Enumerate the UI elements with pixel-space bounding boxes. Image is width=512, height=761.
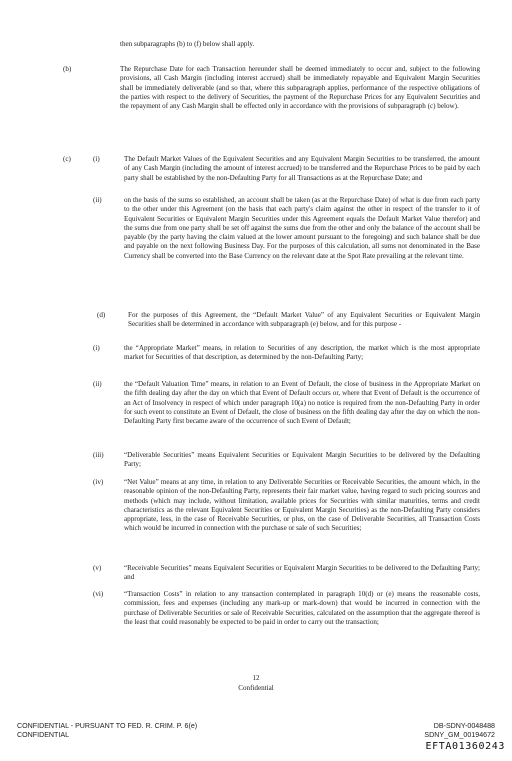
para-d-iv-text: “Net Value” means at any time, in relati… bbox=[124, 478, 480, 534]
para-c-label: (c) bbox=[63, 155, 71, 164]
para-d-vi-label: (vi) bbox=[93, 590, 103, 599]
para-d-iii-text: “Deliverable Securities” means Equivalen… bbox=[124, 451, 480, 470]
para-d-iii-label: (iii) bbox=[93, 451, 104, 460]
footer-confidential: CONFIDENTIAL bbox=[17, 731, 197, 740]
para-d-vi-text: “Transaction Costs” in relation to any t… bbox=[124, 590, 480, 627]
para-d-i-text: the “Appropriate Market” means, in relat… bbox=[124, 344, 480, 363]
para-d-ii-label: (ii) bbox=[93, 380, 102, 389]
footer-bates-db: DB-SDNY-0048488 bbox=[424, 722, 495, 731]
lead-in-text: then subparagraphs (b) to (f) below shal… bbox=[120, 40, 480, 49]
para-d-label: (d) bbox=[97, 311, 105, 320]
footer-left: CONFIDENTIAL - PURSUANT TO FED. R. CRIM.… bbox=[17, 722, 197, 740]
para-d-ii-text: the “Default Valuation Time” means, in r… bbox=[124, 380, 480, 426]
footer-bates-sdny: SDNY_GM_00194672 bbox=[424, 731, 495, 740]
document-page: then subparagraphs (b) to (f) below shal… bbox=[0, 0, 512, 761]
para-b-label: (b) bbox=[63, 65, 71, 74]
para-c-i-text: The Default Market Values of the Equival… bbox=[124, 155, 480, 183]
footer-right: DB-SDNY-0048488 SDNY_GM_00194672 bbox=[424, 722, 495, 740]
page-number: 12 bbox=[0, 674, 512, 683]
para-d-v-label: (v) bbox=[93, 564, 101, 573]
para-b-text: The Repurchase Date for each Transaction… bbox=[120, 65, 480, 111]
footer-efta-id: EFTA01360243 bbox=[426, 742, 505, 751]
para-c-ii-label: (ii) bbox=[93, 196, 102, 205]
page-confidential-label: Confidential bbox=[0, 684, 512, 693]
para-d-text: For the purposes of this Agreement, the … bbox=[128, 311, 480, 330]
para-c-i-label: (i) bbox=[93, 155, 100, 164]
para-d-i-label: (i) bbox=[93, 344, 100, 353]
para-d-v-text: “Receivable Securities” means Equivalent… bbox=[124, 564, 480, 583]
para-d-iv-label: (iv) bbox=[93, 478, 103, 487]
footer-confidential-notice: CONFIDENTIAL - PURSUANT TO FED. R. CRIM.… bbox=[17, 722, 197, 731]
para-c-ii-text: on the basis of the sums so established,… bbox=[124, 196, 480, 261]
